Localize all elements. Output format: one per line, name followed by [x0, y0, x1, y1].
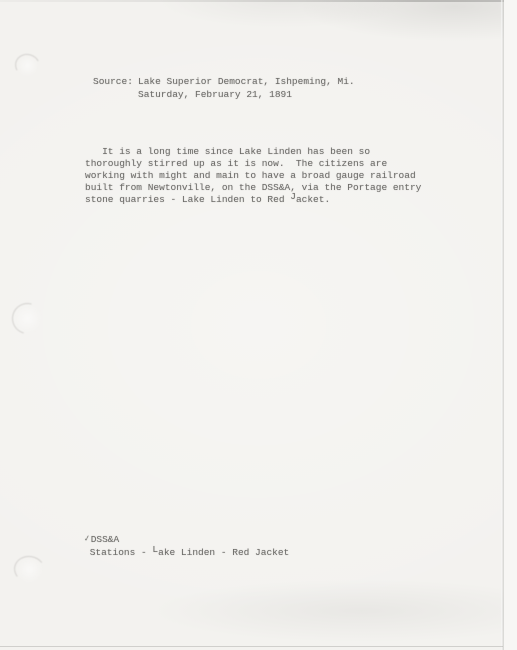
source-date: Saturday, February 21, 1891: [138, 89, 458, 101]
railroad-abbrev: DSS&A: [91, 534, 120, 545]
raised-letter-l: L: [152, 544, 158, 555]
hole-punch-mark-top: [12, 51, 43, 81]
scanned-document-page: Source: Lake Superior Democrat, Ishpemin…: [0, 0, 517, 650]
paragraph-line-2: thoroughly stirred up as it is now. The …: [85, 158, 421, 170]
source-publication: Lake Superior Democrat, Ishpeming, Mi.: [138, 76, 458, 88]
paragraph-line-5-post: acket.: [296, 194, 330, 205]
paragraph-line-5-pre: stone quarries - Lake Linden to Red: [85, 194, 290, 205]
paragraph-line-5: stone quarries - Lake Linden to Red Jack…: [85, 194, 421, 206]
paragraph-line-4: built from Newtonville, on the DSS&A, vi…: [85, 182, 421, 194]
scan-top-edge: [0, 0, 517, 2]
annotation-abbrev-line: ✓DSS&A: [84, 533, 289, 546]
stations-line-pre: Stations -: [84, 547, 152, 558]
scan-right-margin: [504, 0, 517, 650]
hole-punch-mark-middle: [6, 297, 48, 339]
scan-bottom-edge: [0, 646, 503, 647]
stations-line: Stations - Lake Linden - Red Jacket: [84, 546, 289, 559]
raised-letter-j: J: [290, 191, 296, 202]
paragraph-line-1: It is a long time since Lake Linden has …: [85, 146, 421, 158]
stations-line-post: ake Linden - Red Jacket: [158, 547, 289, 558]
paragraph-line-3: working with might and main to have a br…: [85, 170, 421, 182]
annotation-block: ✓DSS&A Stations - Lake Linden - Red Jack…: [84, 533, 289, 559]
article-paragraph: It is a long time since Lake Linden has …: [85, 146, 421, 206]
hole-punch-mark-bottom: [12, 554, 47, 586]
